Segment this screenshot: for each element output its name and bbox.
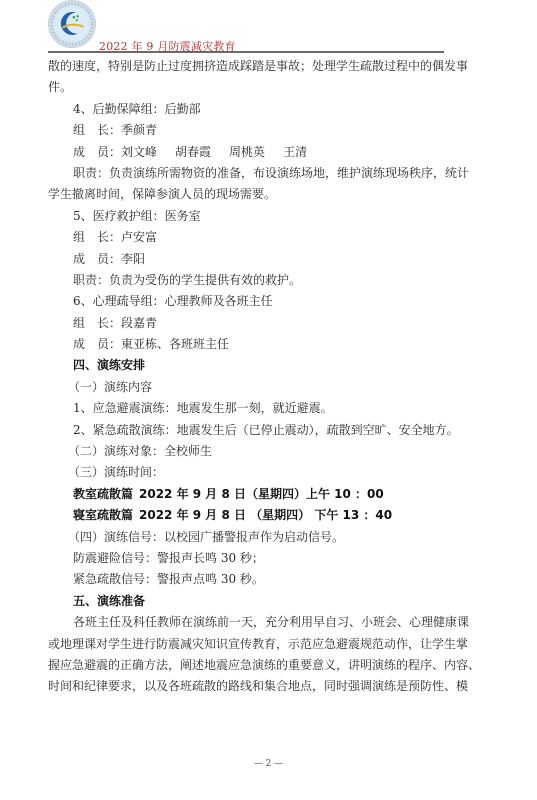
member-name: 刘文峰 [121, 142, 157, 163]
member-name: 王清 [283, 142, 307, 163]
schedule-time: 2022 年 9 月 8 日 （星期四） 下午 13 ：40 [139, 508, 392, 522]
document-body: 散的速度，特别是防止过度拥挤造成踩踏是事故；处理学生疏散过程中的偶发事 件。 4… [48, 56, 448, 698]
section5-heading: 五、演练准备 [48, 591, 448, 612]
group6-heading: 6、心理疏导组：心理教师及各班主任 [48, 291, 448, 312]
section5-paragraph: 握应急避震的正确方法，阐述地震应急演练的重要意义，讲明演练的程序、内容、 [48, 655, 448, 676]
schedule-label: 教室疏散篇 [73, 484, 139, 505]
group5-members: 成 员：李阳 [48, 249, 448, 270]
group4-heading: 4、后勤保障组：后勤部 [48, 99, 448, 120]
section4-heading: 四、演练安排 [48, 355, 448, 376]
schedule-classroom: 教室疏散篇2022 年 9 月 8 日（星期四）上午 10 ：00 [48, 484, 448, 505]
paragraph-continuation: 件。 [48, 77, 448, 98]
header-divider [48, 51, 444, 53]
group4-leader: 组 长：季颜青 [48, 120, 448, 141]
signal-evacuate: 紧急疏散信号：警报声点鸣 30 秒。 [48, 569, 448, 590]
section4-sub3: （三）演练时间： [48, 462, 448, 483]
group5-heading: 5、医疗救护组：医务室 [48, 206, 448, 227]
page-number: — 2 — [0, 759, 537, 769]
group4-members: 成 员：刘文峰胡春霞周桃英王清 [48, 142, 448, 163]
signal-shelter: 防震避险信号：警报声长鸣 30 秒； [48, 548, 448, 569]
group5-leader: 组 长：卢安富 [48, 227, 448, 248]
group4-duty: 职责：负责演练所需物资的准备，布设演练场地，维护演练现场秩序，统计 [48, 163, 448, 184]
schedule-time: 2022 年 9 月 8 日（星期四）上午 10 ：00 [139, 487, 384, 501]
schedule-dormitory: 寝室疏散篇2022 年 9 月 8 日 （星期四） 下午 13 ：40 [48, 505, 448, 526]
section5-paragraph: 各班主任及科任教师在演练前一天，充分利用早自习、小班会、心理健康课 [48, 612, 448, 633]
section4-sub4: （四）演练信号：以校园广播警报声作为启动信号。 [48, 527, 448, 548]
group6-leader: 组 长：段嘉青 [48, 313, 448, 334]
section5-paragraph: 时间和纪律要求，以及各班疏散的路线和集合地点，同时强调演练是预防性、模 [48, 676, 448, 697]
member-name: 周桃英 [229, 142, 265, 163]
section4-item2: 2、紧急疏散演练：地震发生后（已停止震动），疏散到空旷、安全地方。 [48, 420, 448, 441]
school-emblem-icon [48, 0, 96, 48]
schedule-label: 寝室疏散篇 [73, 505, 139, 526]
section4-sub1: （一）演练内容 [48, 377, 448, 398]
paragraph-continuation: 散的速度，特别是防止过度拥挤造成踩踏是事故；处理学生疏散过程中的偶发事 [48, 56, 448, 77]
section4-sub2: （二）演练对象：全校师生 [48, 441, 448, 462]
page-header: 2022 年 9 月防震减灾教育 [48, 0, 444, 54]
members-label: 成 员： [73, 142, 121, 163]
group5-duty: 职责：负责为受伤的学生提供有效的救护。 [48, 270, 448, 291]
section4-item1: 1、应急避震演练：地震发生那一刻，就近避震。 [48, 398, 448, 419]
group4-duty-cont: 学生撤离时间，保障参演人员的现场需要。 [48, 184, 448, 205]
member-name: 胡春霞 [175, 142, 211, 163]
section5-paragraph: 或地理课对学生进行防震减灾知识宣传教育，示范应急避震规范动作，让学生掌 [48, 634, 448, 655]
group6-members: 成 员：東亚栋、各班班主任 [48, 334, 448, 355]
